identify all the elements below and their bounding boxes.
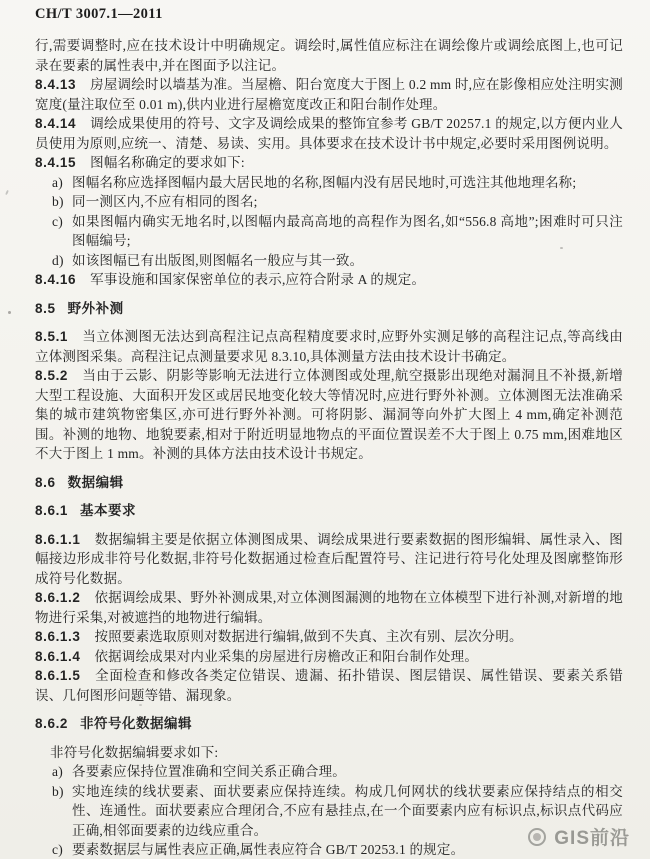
section-title: 非符号化数据编辑 bbox=[80, 716, 192, 731]
body-paragraph: 非符号化数据编辑要求如下: bbox=[35, 743, 623, 763]
clause-text: 依据调绘成果对内业采集的房屋进行房檐改正和阳台制作处理。 bbox=[94, 649, 478, 664]
list-item-text: 要素数据层与属性表应正确,属性表应符合 GB/T 20253.1 的规定。 bbox=[72, 842, 464, 857]
clause-text: 军事设施和国家保密单位的表示,应符合附录 A 的规定。 bbox=[90, 272, 425, 287]
section-heading: 8.6.1基本要求 bbox=[35, 501, 623, 521]
section-heading: 8.5野外补测 bbox=[35, 299, 623, 319]
clause-number: 8.6.1.4 bbox=[35, 649, 80, 664]
section-number: 8.5 bbox=[35, 301, 56, 316]
clause-number: 8.4.13 bbox=[35, 77, 76, 92]
clause-number: 8.6.1.1 bbox=[35, 532, 80, 547]
clause-paragraph: 8.4.15图幅名称确定的要求如下: bbox=[35, 153, 623, 173]
list-item-marker: c) bbox=[52, 840, 63, 859]
scan-speck bbox=[8, 311, 11, 314]
section-number: 8.6 bbox=[35, 475, 56, 490]
clause-text: 调绘成果使用的符号、文字及调绘成果的整饰宜参考 GB/T 20257.1 的规定… bbox=[35, 116, 623, 151]
clause-text: 全面检查和修改各类定位错误、遗漏、拓扑错误、图层错误、属性错误、要素关系错误、几… bbox=[35, 668, 623, 703]
list-item: b)同一测区内,不应有相同的图名; bbox=[35, 192, 623, 212]
clause-number: 8.5.1 bbox=[35, 329, 68, 344]
document-content: 行,需要调整时,应在技术设计中明确规定。调绘时,属性值应标注在调绘像片或调绘底图… bbox=[35, 36, 623, 859]
standard-number-header: CH/T 3007.1—2011 bbox=[35, 6, 163, 23]
scanned-document-page: CH/T 3007.1—2011 行,需要调整时,应在技术设计中明确规定。调绘时… bbox=[0, 0, 650, 859]
scan-speck bbox=[5, 190, 9, 195]
section-number: 8.6.2 bbox=[35, 716, 68, 731]
clause-paragraph: 8.6.1.4依据调绘成果对内业采集的房屋进行房檐改正和阳台制作处理。 bbox=[35, 647, 623, 667]
watermark: GIS前沿 bbox=[528, 823, 630, 850]
clause-paragraph: 8.4.16军事设施和国家保密单位的表示,应符合附录 A 的规定。 bbox=[35, 270, 623, 290]
scan-speck bbox=[560, 247, 563, 249]
clause-text: 房屋调绘时以墙基为准。当屋檐、阳台宽度大于图上 0.2 mm 时,应在影像相应处… bbox=[35, 77, 623, 112]
list-item-text: 如该图幅已有出版图,则图幅名一般应与其一致。 bbox=[72, 253, 363, 268]
list-item: d)如该图幅已有出版图,则图幅名一般应与其一致。 bbox=[35, 251, 623, 271]
section-number: 8.6.1 bbox=[35, 503, 68, 518]
list-item-marker: c) bbox=[52, 212, 63, 232]
list-item-text: 如果图幅内确实无地名时,以图幅内最高高地的高程作为图名,如“556.8 高地”;… bbox=[72, 214, 623, 249]
clause-paragraph: 8.6.1.3按照要素选取原则对数据进行编辑,做到不失真、主次有别、层次分明。 bbox=[35, 627, 623, 647]
clause-number: 8.5.2 bbox=[35, 368, 68, 383]
body-text: 非符号化数据编辑要求如下: bbox=[50, 745, 218, 760]
clause-text: 当立体测图无法达到高程注记点高程精度要求时,应野外实测足够的高程注记点,等高线由… bbox=[35, 329, 623, 364]
clause-paragraph: 8.5.2当由于云影、阴影等影响无法进行立体测图或处理,航空摄影出现绝对漏洞且不… bbox=[35, 366, 623, 464]
list-item-text: 同一测区内,不应有相同的图名; bbox=[72, 194, 258, 209]
clause-paragraph: 8.6.1.2依据调绘成果、野外补测成果,对立体测图漏测的地物在立体模型下进行补… bbox=[35, 588, 623, 627]
list-item: a)各要素应保持位置准确和空间关系正确合理。 bbox=[35, 762, 623, 782]
clause-number: 8.6.1.2 bbox=[35, 590, 80, 605]
list-item-marker: d) bbox=[52, 251, 64, 271]
section-title: 野外补测 bbox=[68, 301, 124, 316]
clause-paragraph: 8.4.14调绘成果使用的符号、文字及调绘成果的整饰宜参考 GB/T 20257… bbox=[35, 114, 623, 153]
clause-paragraph: 8.6.1.1数据编辑主要是依据立体测图成果、调绘成果进行要素数据的图形编辑、属… bbox=[35, 530, 623, 589]
clause-number: 8.4.14 bbox=[35, 116, 76, 131]
list-item-text: 各要素应保持位置准确和空间关系正确合理。 bbox=[72, 764, 346, 779]
list-item-text: 图幅名称应选择图幅内最大居民地的名称,图幅内没有居民地时,可选注其他地理名称; bbox=[72, 175, 576, 190]
list-item-marker: a) bbox=[52, 173, 63, 193]
clause-paragraph: 8.5.1当立体测图无法达到高程注记点高程精度要求时,应野外实测足够的高程注记点… bbox=[35, 327, 623, 366]
list-item-marker: b) bbox=[52, 782, 64, 802]
clause-number: 8.6.1.3 bbox=[35, 629, 80, 644]
list-item-marker: a) bbox=[52, 762, 63, 782]
scan-speck bbox=[139, 704, 142, 706]
clause-text: 数据编辑主要是依据立体测图成果、调绘成果进行要素数据的图形编辑、属性录入、图幅接… bbox=[35, 532, 623, 586]
list-item: c)如果图幅内确实无地名时,以图幅内最高高地的高程作为图名,如“556.8 高地… bbox=[35, 212, 623, 251]
list-item: a)图幅名称应选择图幅内最大居民地的名称,图幅内没有居民地时,可选注其他地理名称… bbox=[35, 173, 623, 193]
clause-text: 依据调绘成果、野外补测成果,对立体测图漏测的地物在立体模型下进行补测,对新增的地… bbox=[35, 590, 623, 625]
section-heading: 8.6数据编辑 bbox=[35, 473, 623, 493]
watermark-text: GIS前沿 bbox=[554, 823, 630, 850]
body-paragraph: 行,需要调整时,应在技术设计中明确规定。调绘时,属性值应标注在调绘像片或调绘底图… bbox=[35, 36, 623, 75]
section-title: 数据编辑 bbox=[68, 475, 124, 490]
clause-paragraph: 8.4.13房屋调绘时以墙基为准。当屋檐、阳台宽度大于图上 0.2 mm 时,应… bbox=[35, 75, 623, 114]
clause-text: 按照要素选取原则对数据进行编辑,做到不失真、主次有别、层次分明。 bbox=[94, 629, 522, 644]
clause-text: 当由于云影、阴影等影响无法进行立体测图或处理,航空摄影出现绝对漏洞且不补摄,新增… bbox=[35, 368, 623, 461]
gis-logo-icon bbox=[528, 828, 546, 846]
clause-number: 8.6.1.5 bbox=[35, 668, 80, 683]
clause-number: 8.4.16 bbox=[35, 272, 76, 287]
body-text: 行,需要调整时,应在技术设计中明确规定。调绘时,属性值应标注在调绘像片或调绘底图… bbox=[35, 38, 623, 73]
clause-text: 图幅名称确定的要求如下: bbox=[90, 155, 245, 170]
clause-number: 8.4.15 bbox=[35, 155, 76, 170]
section-heading: 8.6.2非符号化数据编辑 bbox=[35, 714, 623, 734]
section-title: 基本要求 bbox=[80, 503, 136, 518]
list-item-marker: b) bbox=[52, 192, 64, 212]
clause-paragraph: 8.6.1.5全面检查和修改各类定位错误、遗漏、拓扑错误、图层错误、属性错误、要… bbox=[35, 666, 623, 705]
